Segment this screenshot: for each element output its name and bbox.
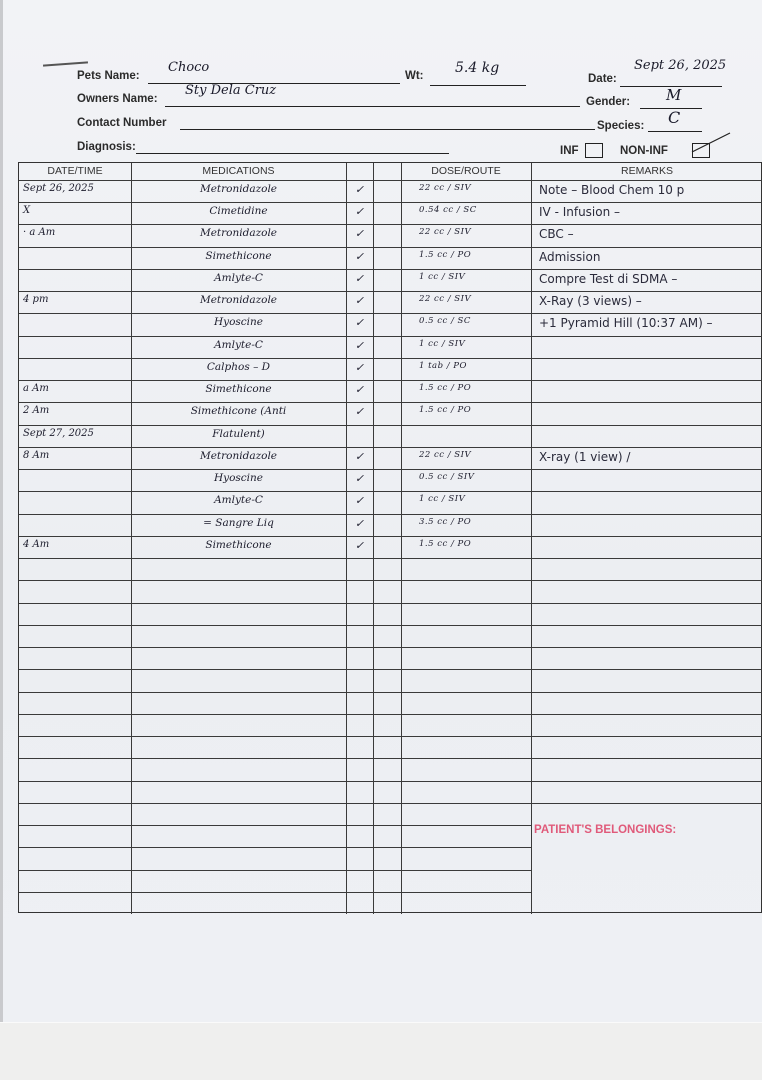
cell-medication[interactable]: Calphos – D <box>133 361 344 373</box>
table-row: · a AmMetronidazole✓22 cc / SIVCBC – <box>19 224 762 246</box>
cell-medication[interactable]: Simethicone <box>133 383 344 395</box>
cell-date-time[interactable]: Sept 26, 2025 <box>23 183 129 194</box>
cell-date-time[interactable]: · a Am <box>23 227 129 238</box>
cell-check[interactable]: ✓ <box>346 361 373 374</box>
row-divider <box>19 647 762 648</box>
row-divider <box>19 781 762 782</box>
cell-date-time[interactable]: 4 Am <box>23 539 129 550</box>
cell-dose-route[interactable]: 0.5 cc / SIV <box>419 472 529 482</box>
noninf-label: NON-INF <box>620 145 668 157</box>
cell-remarks[interactable]: +1 Pyramid Hill (10:37 AM) – <box>539 316 761 330</box>
cell-date-time[interactable]: 8 Am <box>23 450 129 461</box>
cell-check[interactable]: ✓ <box>346 539 373 552</box>
cell-dose-route[interactable]: 22 cc / SIV <box>419 227 529 237</box>
cell-dose-route[interactable]: 3.5 cc / PO <box>419 517 529 527</box>
table-row: = Sangre Liq✓3.5 cc / PO <box>19 514 762 536</box>
cell-check[interactable]: ✓ <box>346 339 373 352</box>
row-divider <box>19 580 762 581</box>
cell-check[interactable]: ✓ <box>346 383 373 396</box>
row-divider <box>19 803 762 804</box>
cell-medication[interactable]: Simethicone (Anti <box>133 405 344 417</box>
table-row: Sept 27, 2025Flatulent) <box>19 425 762 447</box>
cell-check[interactable]: ✓ <box>346 294 373 307</box>
pets-name-field[interactable]: Choco <box>168 60 209 75</box>
cell-dose-route[interactable]: 22 cc / SIV <box>419 450 529 460</box>
cell-check[interactable]: ✓ <box>346 227 373 240</box>
table-row: Hyoscine✓0.5 cc / SC+1 Pyramid Hill (10:… <box>19 313 762 335</box>
cell-date-time[interactable]: Sept 27, 2025 <box>23 428 129 439</box>
cell-dose-route[interactable]: 22 cc / SIV <box>419 183 529 193</box>
owners-name-field[interactable]: Sty Dela Cruz <box>185 83 276 98</box>
cell-check[interactable]: ✓ <box>346 272 373 285</box>
cell-remarks[interactable]: CBC – <box>539 227 761 241</box>
header-medications: MEDICATIONS <box>131 163 346 180</box>
header-remarks: REMARKS <box>531 163 762 180</box>
wt-field[interactable]: 5.4 kg <box>455 60 499 76</box>
table-row: 8 AmMetronidazole✓22 cc / SIVX-ray (1 vi… <box>19 447 762 469</box>
inf-label: INF <box>560 145 579 157</box>
cell-dose-route[interactable]: 1 cc / SIV <box>419 272 529 282</box>
cell-dose-route[interactable]: 1.5 cc / PO <box>419 250 529 260</box>
scan-edge <box>0 0 3 1022</box>
row-divider <box>19 758 762 759</box>
cell-check[interactable]: ✓ <box>346 517 373 530</box>
row-divider <box>19 870 531 871</box>
header-dose-route: DOSE/ROUTE <box>401 163 531 180</box>
table-row: XCimetidine✓0.54 cc / SCIV - Infusion – <box>19 202 762 224</box>
row-divider <box>19 692 762 693</box>
cell-check[interactable]: ✓ <box>346 316 373 329</box>
medication-table: DATE/TIME MEDICATIONS DOSE/ROUTE REMARKS… <box>18 162 762 913</box>
cell-remarks[interactable]: Note – Blood Chem 10 p <box>539 183 761 197</box>
cell-medication[interactable]: Hyoscine <box>133 316 344 328</box>
cell-check[interactable]: ✓ <box>346 183 373 196</box>
scanner-background <box>0 1022 762 1080</box>
cell-dose-route[interactable]: 1 tab / PO <box>419 361 529 371</box>
cell-medication[interactable]: Simethicone <box>133 250 344 262</box>
diagnosis-line <box>136 153 449 154</box>
row-divider <box>19 625 762 626</box>
contact-number-line <box>180 129 595 130</box>
row-divider <box>19 558 762 559</box>
cell-check[interactable]: ✓ <box>346 250 373 263</box>
inf-checkbox[interactable] <box>585 143 603 158</box>
contact-number-label: Contact Number <box>77 117 166 129</box>
patients-belongings-label: PATIENT'S BELONGINGS: <box>534 824 676 836</box>
cell-remarks[interactable]: X-ray (1 view) / <box>539 450 761 464</box>
cell-medication[interactable]: Amlyte-C <box>133 339 344 351</box>
diagnosis-label: Diagnosis: <box>77 141 136 153</box>
gender-label: Gender: <box>586 96 630 108</box>
row-divider <box>19 714 762 715</box>
cell-date-time[interactable]: 4 pm <box>23 294 129 305</box>
cell-dose-route[interactable]: 0.54 cc / SC <box>419 205 529 215</box>
table-row: Amlyte-C✓1 cc / SIVCompre Test di SDMA – <box>19 269 762 291</box>
table-row: Calphos – D✓1 tab / PO <box>19 358 762 380</box>
cell-medication[interactable]: Flatulent) <box>133 428 344 440</box>
date-label: Date: <box>588 73 617 85</box>
species-label: Species: <box>597 120 644 132</box>
row-divider <box>19 603 762 604</box>
cell-dose-route[interactable]: 22 cc / SIV <box>419 294 529 304</box>
cell-remarks[interactable]: Compre Test di SDMA – <box>539 272 761 286</box>
cell-medication[interactable]: Hyoscine <box>133 472 344 484</box>
cell-check[interactable]: ✓ <box>346 450 373 463</box>
wt-label: Wt: <box>405 70 424 82</box>
cell-remarks[interactable]: IV - Infusion – <box>539 205 761 219</box>
row-divider <box>19 669 762 670</box>
cell-medication[interactable]: Metronidazole <box>133 450 344 462</box>
table-row: 4 AmSimethicone✓1.5 cc / PO <box>19 536 762 558</box>
table-row: 2 AmSimethicone (Anti✓1.5 cc / PO <box>19 402 762 424</box>
cell-check[interactable]: ✓ <box>346 472 373 485</box>
species-field[interactable]: C <box>668 108 680 127</box>
table-row: Hyoscine✓0.5 cc / SIV <box>19 469 762 491</box>
table-row: 4 pmMetronidazole✓22 cc / SIVX-Ray (3 vi… <box>19 291 762 313</box>
cell-remarks[interactable]: Admission <box>539 250 761 264</box>
cell-check[interactable]: ✓ <box>346 405 373 418</box>
gender-field[interactable]: M <box>666 86 681 104</box>
pets-name-label: Pets Name: <box>77 70 140 82</box>
cell-date-time[interactable]: 2 Am <box>23 405 129 416</box>
cell-check[interactable]: ✓ <box>346 494 373 507</box>
cell-dose-route[interactable]: 1.5 cc / PO <box>419 383 529 393</box>
cell-medication[interactable]: Cimetidine <box>133 205 344 217</box>
cell-dose-route[interactable]: 1.5 cc / PO <box>419 539 529 549</box>
owners-name-line <box>165 106 580 107</box>
cell-dose-route[interactable]: 1.5 cc / PO <box>419 405 529 415</box>
cell-date-time[interactable]: a Am <box>23 383 129 394</box>
cell-medication[interactable]: Metronidazole <box>133 183 344 195</box>
table-row: Amlyte-C✓1 cc / SIV <box>19 491 762 513</box>
cell-remarks[interactable]: X-Ray (3 views) – <box>539 294 761 308</box>
cell-medication[interactable]: Metronidazole <box>133 294 344 306</box>
row-divider <box>19 825 531 826</box>
table-row: Simethicone✓1.5 cc / POAdmission <box>19 247 762 269</box>
header-date-time: DATE/TIME <box>19 163 131 180</box>
table-row: Amlyte-C✓1 cc / SIV <box>19 336 762 358</box>
row-divider <box>19 736 762 737</box>
cell-medication[interactable]: Metronidazole <box>133 227 344 239</box>
table-row: a AmSimethicone✓1.5 cc / PO <box>19 380 762 402</box>
cell-medication[interactable]: = Sangre Liq <box>133 517 344 529</box>
cell-medication[interactable]: Simethicone <box>133 539 344 551</box>
cell-check[interactable]: ✓ <box>346 205 373 218</box>
date-field[interactable]: Sept 26, 2025 <box>634 58 726 73</box>
row-divider <box>19 892 531 893</box>
wt-line <box>430 85 526 86</box>
cell-date-time[interactable]: X <box>23 205 129 216</box>
cell-dose-route[interactable]: 0.5 cc / SC <box>419 316 529 326</box>
cell-medication[interactable]: Amlyte-C <box>133 272 344 284</box>
cell-dose-route[interactable]: 1 cc / SIV <box>419 494 529 504</box>
check-mark-icon <box>690 130 734 156</box>
table-row: Sept 26, 2025Metronidazole✓22 cc / SIVNo… <box>19 180 762 202</box>
owners-name-label: Owners Name: <box>77 93 158 105</box>
cell-medication[interactable]: Amlyte-C <box>133 494 344 506</box>
row-divider <box>19 847 531 848</box>
cell-dose-route[interactable]: 1 cc / SIV <box>419 339 529 349</box>
